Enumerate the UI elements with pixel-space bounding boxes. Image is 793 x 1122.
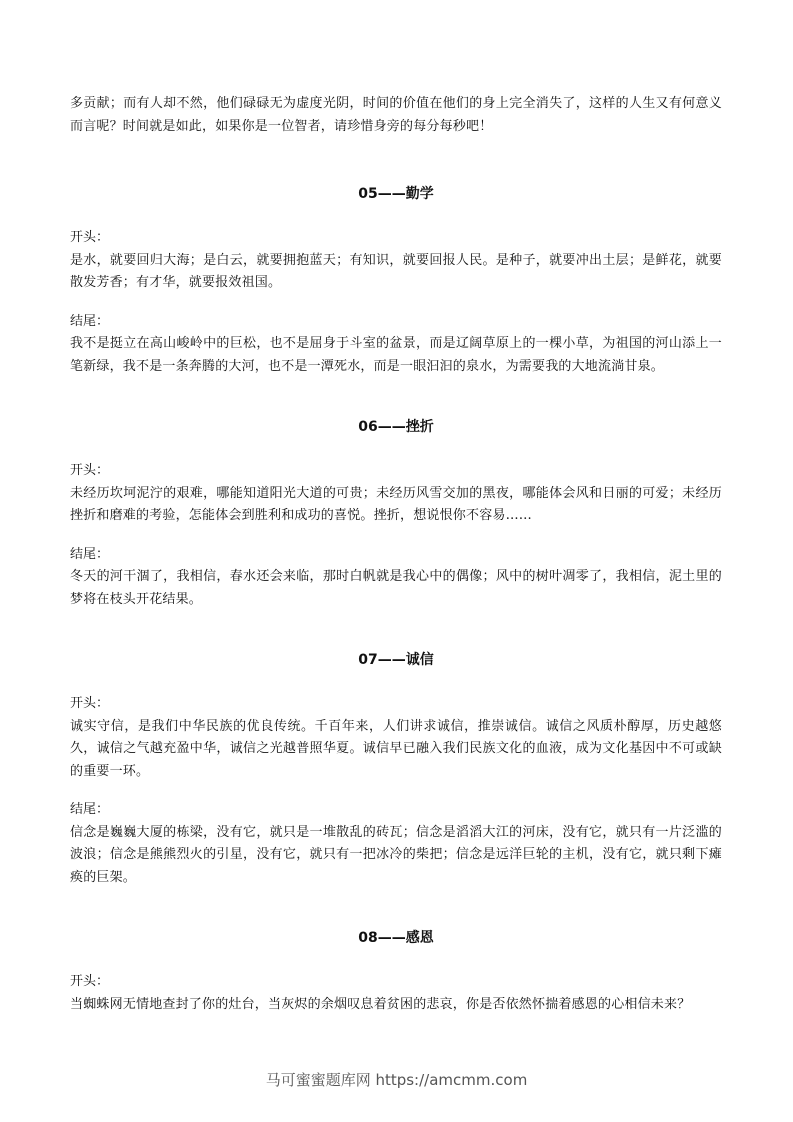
document-page: 多贡献；而有人却不然，他们碌碌无为虚度光阴，时间的价值在他们的身上完全消失了，这… <box>70 93 722 1016</box>
section-title-08: 08——感恩 <box>70 927 722 949</box>
ending-label: 结尾： <box>70 799 722 822</box>
opening-text: 是水，就要回归大海；是白云，就要拥抱蓝天；有知识，就要回报人民。是种子，就要冲出… <box>70 250 722 295</box>
ending-text: 信念是巍巍大厦的栋梁，没有它，就只是一堆散乱的砖瓦；信念是滔滔大江的河床，没有它… <box>70 822 722 890</box>
intro-paragraph: 多贡献；而有人却不然，他们碌碌无为虚度光阴，时间的价值在他们的身上完全消失了，这… <box>70 93 722 138</box>
opening-text: 未经历坎坷泥泞的艰难，哪能知道阳光大道的可贵；未经历风雪交加的黑夜，哪能体会风和… <box>70 483 722 528</box>
section-title-07: 07——诚信 <box>70 649 722 671</box>
opening-text: 当蜘蛛网无情地查封了你的灶台，当灰烬的余烟叹息着贫困的悲哀，你是否依然怀揣着感恩… <box>70 994 722 1017</box>
opening-text: 诚实守信，是我们中华民族的优良传统。千百年来，人们讲求诚信，推崇诚信。诚信之风质… <box>70 716 722 784</box>
ending-label: 结尾： <box>70 544 722 567</box>
ending-text: 我不是挺立在高山峻岭中的巨松，也不是屈身于斗室的盆景，而是辽阔草原上的一棵小草，… <box>70 333 722 378</box>
opening-label: 开头： <box>70 971 722 994</box>
section-title-05: 05——勤学 <box>70 183 722 205</box>
ending-label: 结尾： <box>70 311 722 334</box>
ending-text: 冬天的河干涸了，我相信，春水还会来临，那时白帆就是我心中的偶像；风中的树叶凋零了… <box>70 566 722 611</box>
opening-label: 开头： <box>70 227 722 250</box>
opening-label: 开头： <box>70 693 722 716</box>
opening-label: 开头： <box>70 460 722 483</box>
section-title-06: 06——挫折 <box>70 416 722 438</box>
watermark-footer: 马可蜜蜜题库网 https://amcmm.com <box>0 1069 793 1090</box>
